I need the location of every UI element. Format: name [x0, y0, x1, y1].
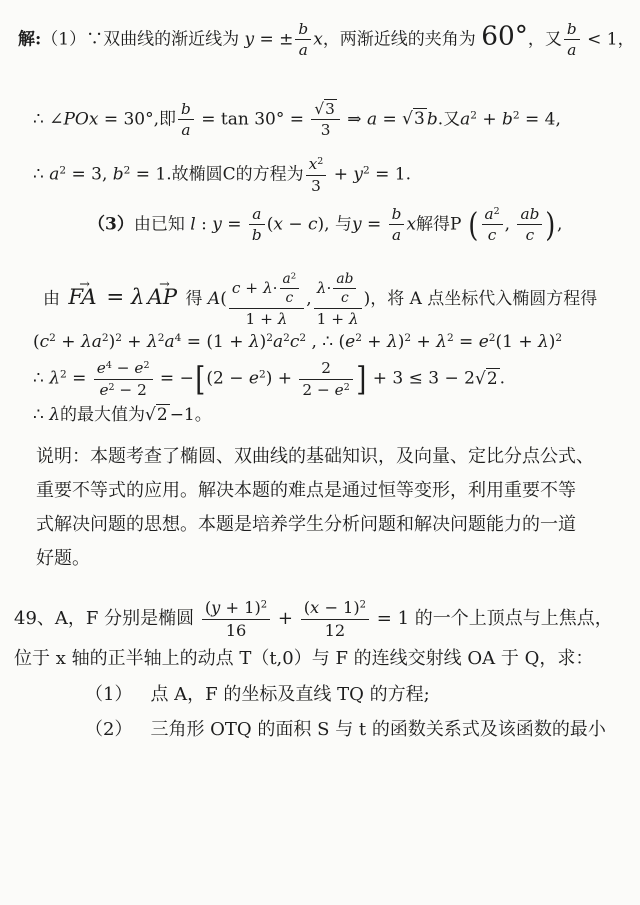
question-49-statement-line-1: 49、A，F 分别是椭圆 (y + 1)216 + (x − 1)212 = 1…: [0, 598, 640, 640]
solution-step-vector-relation: 由 FA→ = λAP→ 得 A(c + λ·a2c1 + λ,λ·abc1 +…: [0, 271, 640, 328]
solution-step-substitution: (c2 + λa2)2 + λ2a4 = (1 + λ)2a2c2 , ∴ (e…: [0, 332, 640, 353]
math-solution-page: 解:（1）∵双曲线的渐近线为 y = ±bax，两渐近线的夹角为 60°，又ba…: [0, 0, 640, 905]
solution-step-lambda-squared: ∴ λ2 = e4 − e2e2 − 2 = −[(2 − e2) + 22 −…: [0, 359, 640, 399]
question-49-subitem-1: （1）点 A，F 的坐标及直线 TQ 的方程;: [0, 680, 640, 706]
note-line-2: 重要不等式的应用。解决本题的难点是通过恒等变形，利用重要不等: [36, 474, 618, 508]
solution-step-1-asymptote: 解:（1）∵双曲线的渐近线为 y = ±bax，两渐近线的夹角为 60°，又ba…: [0, 20, 640, 60]
question-49-subitem-2: （2）三角形 OTQ 的面积 S 与 t 的函数关系式及该函数的最小: [0, 715, 640, 741]
note-paragraph: 说明：本题考查了椭圆、双曲线的基础知识，及向量、定比分点公式、 重要不等式的应用…: [0, 440, 640, 576]
subitem-2-text: 三角形 OTQ 的面积 S 与 t 的函数关系式及该函数的最小: [150, 719, 605, 740]
question-49-statement-line-2: 位于 x 轴的正半轴上的动点 T（t,0）与 F 的连线交射线 OA 于 Q，求…: [0, 648, 640, 671]
subitem-1-text: 点 A，F 的坐标及直线 TQ 的方程;: [150, 684, 429, 705]
subitem-1-number: （1）: [85, 684, 132, 705]
note-line-3: 式解决问题的思想。本题是培养学生分析问题和解决问题能力的一道: [36, 508, 618, 542]
solution-part-3-given-line: （3）由已知 l : y = ab(x − c), 与y = bax解得P (a…: [0, 205, 640, 245]
subitem-2-number: （2）: [85, 719, 132, 740]
solution-step-2-angle: ∴ ∠POx = 30°,即ba = tan 30° = √33 ⇒ a = √…: [0, 100, 640, 140]
note-line-1: 说明：本题考查了椭圆、双曲线的基础知识，及向量、定比分点公式、: [36, 440, 618, 474]
note-line-4: 好题。: [36, 542, 618, 576]
solution-step-3-ellipse-equation: ∴ a2 = 3, b2 = 1.故椭圆C的方程为x23 + y2 = 1.: [0, 155, 640, 195]
solution-step-lambda-max: ∴ λ的最大值为√2−1。: [0, 405, 640, 426]
